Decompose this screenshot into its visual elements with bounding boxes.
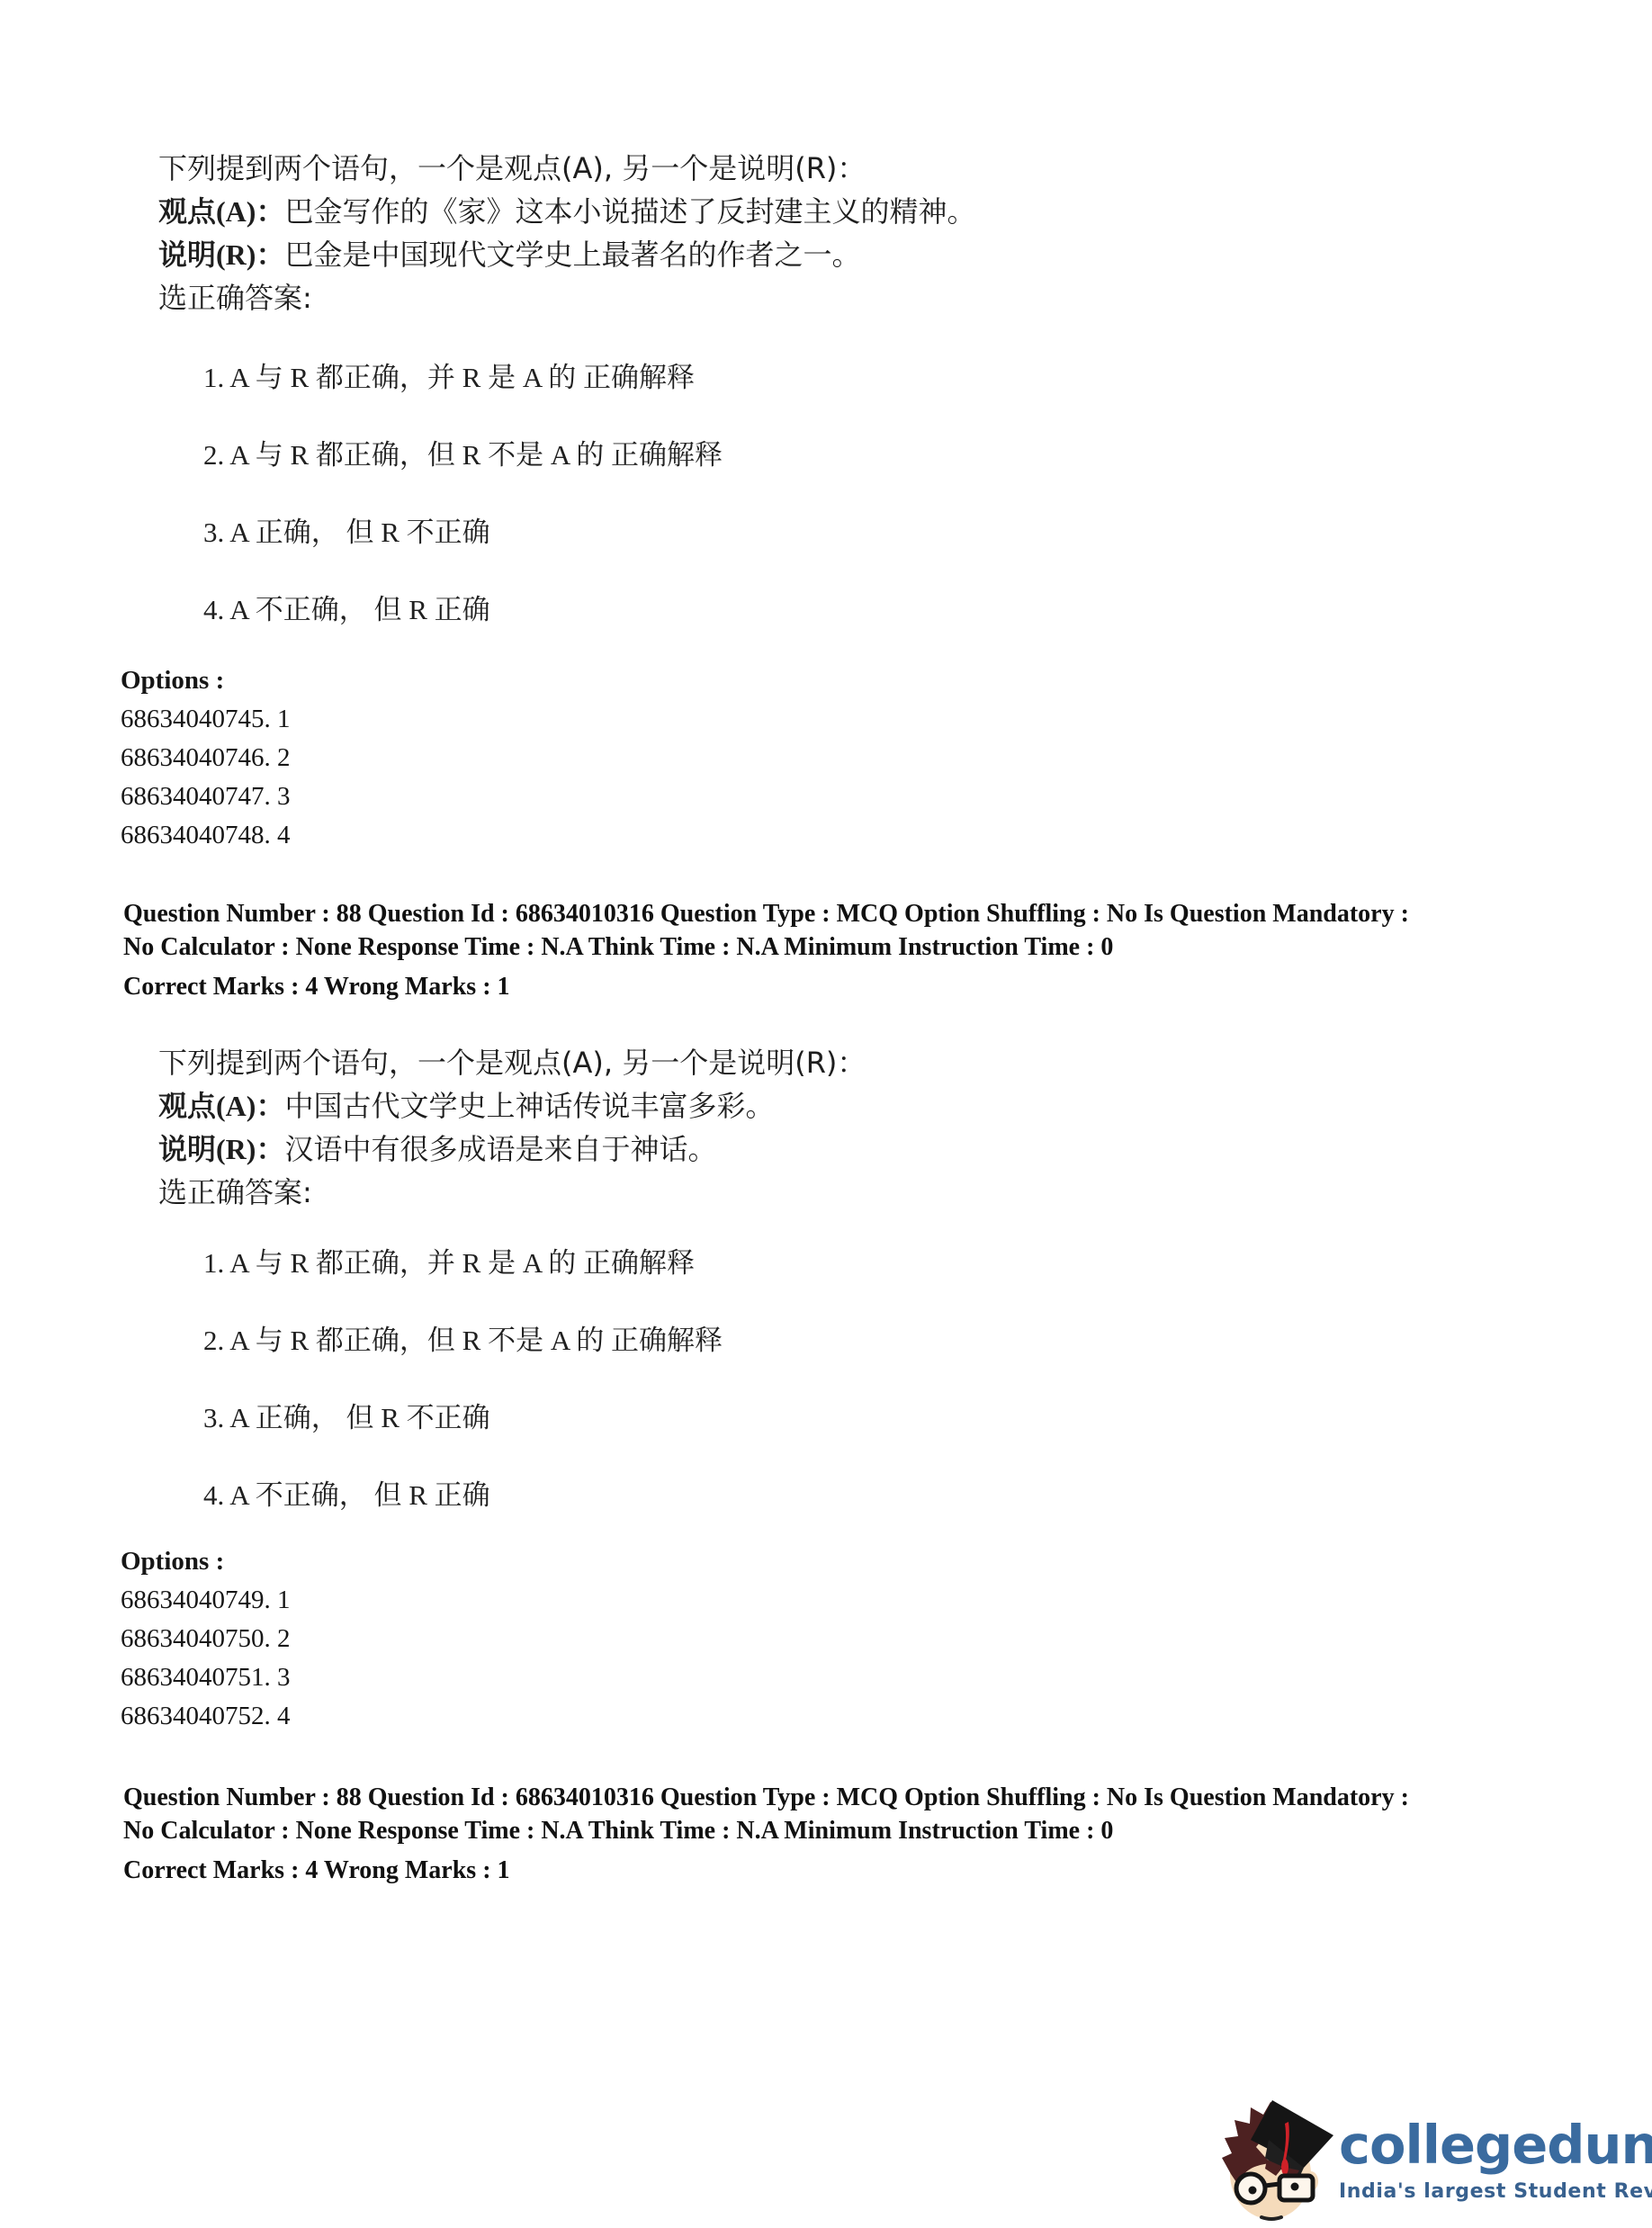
assertion-line: 观点(A)：中国古代文学史上神话传说丰富多彩。	[158, 1084, 866, 1127]
choice-item: 3. A 正确， 但 R 不正确	[203, 515, 723, 551]
choice-item: 3. A 正确， 但 R 不正确	[203, 1400, 723, 1436]
brand-wordmark: collegedunia	[1339, 2118, 1652, 2171]
question-intro: 下列提到两个语句，一个是观点(A), 另一个是说明(R)：	[158, 147, 975, 190]
option-id: 68634040747. 3	[121, 777, 291, 816]
meta-line: Question Number : 88 Question Id : 68634…	[123, 897, 1409, 930]
option-id: 68634040748. 4	[121, 816, 291, 855]
meta-marks-line: Correct Marks : 4 Wrong Marks : 1	[123, 1854, 1409, 1887]
reason-text: 巴金是中国现代文学史上最著名的作者之一。	[284, 238, 860, 272]
question-2-statement: 下列提到两个语句，一个是观点(A), 另一个是说明(R)： 观点(A)：中国古代…	[158, 1041, 866, 1214]
question-1-choices: 1. A 与 R 都正确，并 R 是 A 的 正确解释 2. A 与 R 都正确…	[203, 360, 723, 669]
option-id: 68634040749. 1	[121, 1581, 291, 1620]
reason-label: 说明	[158, 1132, 216, 1166]
choice-item: 1. A 与 R 都正确，并 R 是 A 的 正确解释	[203, 360, 723, 396]
option-id: 68634040752. 4	[121, 1697, 291, 1736]
meta-marks-line: Correct Marks : 4 Wrong Marks : 1	[123, 970, 1409, 1003]
option-id: 68634040750. 2	[121, 1620, 291, 1658]
question-1-option-ids: Options : 68634040745. 1 68634040746. 2 …	[121, 661, 291, 855]
choice-item: 4. A 不正确， 但 R 正确	[203, 592, 723, 628]
reason-tag: (R)	[216, 238, 256, 271]
choice-item: 2. A 与 R 都正确，但 R 不是 A 的 正确解释	[203, 1323, 723, 1359]
question-1-statement: 下列提到两个语句，一个是观点(A), 另一个是说明(R)： 观点(A)：巴金写作…	[158, 147, 975, 319]
assertion-colon: ：	[256, 1089, 284, 1123]
collegedunia-mascot-icon	[1217, 2084, 1337, 2221]
choice-item: 4. A 不正确， 但 R 正确	[203, 1478, 723, 1514]
reason-text: 汉语中有很多成语是来自于神话。	[284, 1132, 716, 1166]
brand-tagline: India's largest Student Review Platform	[1339, 2180, 1652, 2203]
collegedunia-logo: collegedunia .com India's largest Studen…	[1217, 2084, 1652, 2224]
assertion-colon: ：	[256, 194, 284, 229]
assertion-line: 观点(A)：巴金写作的《家》这本小说描述了反封建主义的精神。	[158, 190, 975, 233]
question-intro: 下列提到两个语句，一个是观点(A), 另一个是说明(R)：	[158, 1041, 866, 1084]
reason-label: 说明	[158, 238, 216, 272]
assertion-tag: (A)	[216, 195, 256, 228]
meta-line: No Calculator : None Response Time : N.A…	[123, 930, 1409, 964]
question-2-choices: 1. A 与 R 都正确，并 R 是 A 的 正确解释 2. A 与 R 都正确…	[203, 1245, 723, 1555]
options-heading: Options :	[121, 661, 291, 700]
choice-item: 2. A 与 R 都正确，但 R 不是 A 的 正确解释	[203, 437, 723, 473]
reason-tag: (R)	[216, 1133, 256, 1165]
options-heading: Options :	[121, 1542, 291, 1581]
assertion-label: 观点	[158, 1089, 216, 1123]
reason-colon: ：	[256, 238, 284, 272]
reason-colon: ：	[256, 1132, 284, 1166]
reason-line: 说明(R)：汉语中有很多成语是来自于神话。	[158, 1127, 866, 1171]
assertion-text: 中国古代文学史上神话传说丰富多彩。	[284, 1089, 774, 1123]
option-id: 68634040751. 3	[121, 1658, 291, 1697]
question-2-option-ids: Options : 68634040749. 1 68634040750. 2 …	[121, 1542, 291, 1736]
choice-item: 1. A 与 R 都正确，并 R 是 A 的 正确解释	[203, 1245, 723, 1281]
option-id: 68634040746. 2	[121, 739, 291, 777]
option-id: 68634040745. 1	[121, 700, 291, 739]
choose-answer-line: 选正确答案:	[158, 276, 975, 319]
question-2-metadata: Question Number : 88 Question Id : 68634…	[123, 1781, 1409, 1887]
choose-answer-line: 选正确答案:	[158, 1171, 866, 1214]
meta-line: No Calculator : None Response Time : N.A…	[123, 1814, 1409, 1847]
assertion-label: 观点	[158, 194, 216, 229]
assertion-tag: (A)	[216, 1090, 256, 1122]
reason-line: 说明(R)：巴金是中国现代文学史上最著名的作者之一。	[158, 233, 975, 276]
meta-line: Question Number : 88 Question Id : 68634…	[123, 1781, 1409, 1814]
question-1-metadata: Question Number : 88 Question Id : 68634…	[123, 897, 1409, 1003]
assertion-text: 巴金写作的《家》这本小说描述了反封建主义的精神。	[284, 194, 975, 229]
